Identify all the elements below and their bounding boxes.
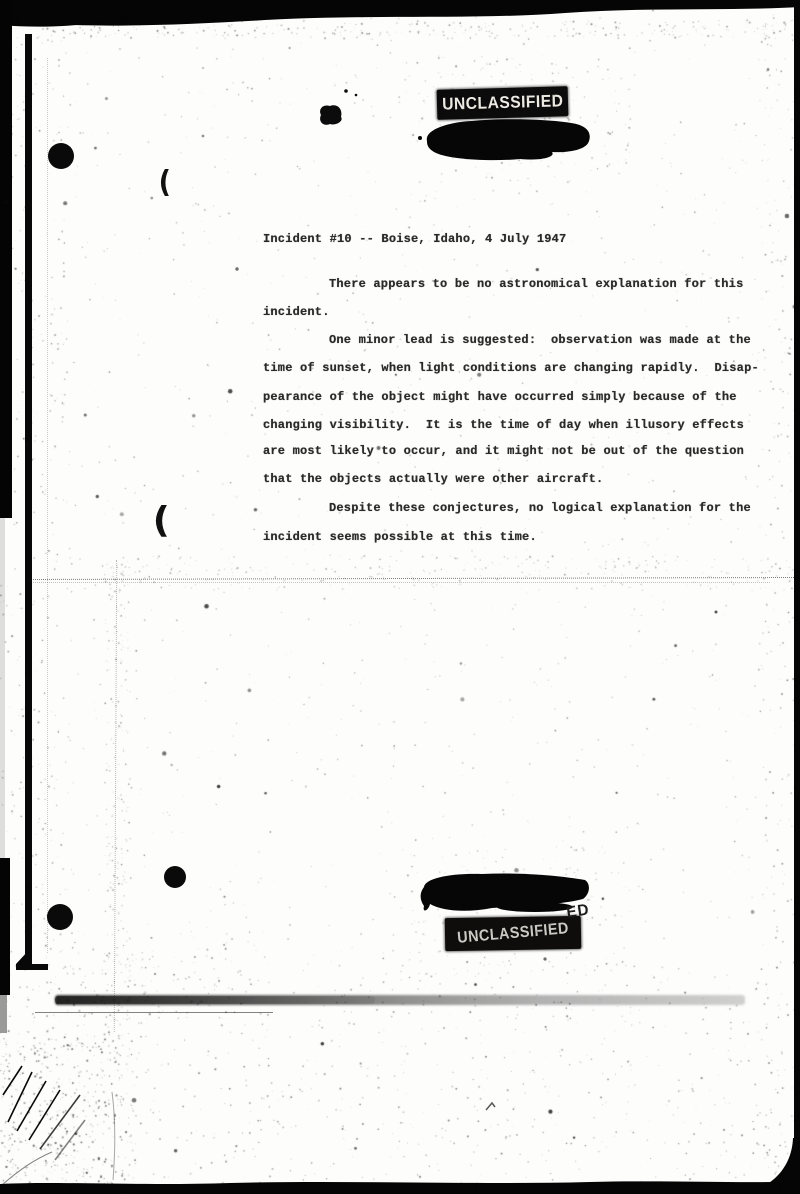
stray-mark — [486, 1103, 495, 1110]
right-edge-artifact — [794, 0, 800, 1188]
fold-line-horizontal-faint — [30, 582, 770, 583]
ink-fleck — [344, 89, 348, 93]
typed-line: incident. — [263, 306, 330, 318]
hole-punch-small — [164, 866, 186, 888]
paren-mark-top: ( — [159, 168, 171, 198]
typed-line: that the objects actually were other air… — [263, 473, 603, 485]
left-edge-fade — [0, 995, 7, 1033]
hole-punch-top — [48, 143, 74, 169]
stray-dot-1 — [715, 611, 718, 614]
redaction-speck — [418, 136, 422, 140]
redaction-bar-top — [427, 119, 590, 160]
typed-line: incident seems possible at this time. — [263, 531, 537, 543]
smudge-hairline — [35, 1012, 273, 1013]
left-edge-artifact-faint — [0, 518, 5, 858]
stray-dot-3 — [235, 267, 238, 270]
document-heading: Incident #10 -- Boise, Idaho, 4 July 194… — [263, 233, 566, 245]
scanned-document-page: UNCLASSIFIED UNCLASSIFIED ED ( ( Inciden… — [0, 0, 800, 1194]
unclassified-stamp-top: UNCLASSIFIED — [437, 86, 569, 120]
hole-punch-bottom — [47, 904, 73, 930]
typed-line: are most likely to occur, and it might n… — [263, 445, 744, 457]
stamp-bottom-label: UNCLASSIFIED — [457, 920, 570, 948]
left-edge-artifact-lower — [0, 858, 10, 995]
typed-line: One minor lead is suggested: observation… — [263, 334, 751, 346]
typed-line: changing visibility. It is the time of d… — [263, 419, 744, 431]
stray-dot-2 — [543, 957, 546, 960]
ink-blot — [320, 105, 342, 125]
corner-scratches — [2, 1066, 115, 1185]
binder-line-foot — [16, 964, 48, 970]
typed-line: There appears to be no astronomical expl… — [263, 278, 743, 290]
ink-fleck-2 — [355, 94, 358, 97]
bottom-edge-artifact — [0, 1181, 800, 1194]
typed-line: Despite these conjectures, no logical ex… — [263, 502, 751, 514]
typed-line: time of sunset, when light conditions ar… — [263, 362, 759, 374]
stamp-top-label: UNCLASSIFIED — [442, 91, 564, 114]
left-edge-artifact — [0, 0, 12, 518]
unclassified-stamp-bottom: UNCLASSIFIED — [445, 916, 582, 951]
typed-line: pearance of the object might have occurr… — [263, 391, 737, 403]
stamp-bottom-overflow-text: ED — [565, 901, 590, 922]
smudge-band — [55, 995, 745, 1005]
fold-line-vertical-faint — [47, 58, 48, 953]
scan-artifacts-layer — [0, 0, 800, 1194]
binder-line — [25, 34, 32, 966]
redaction-smear — [497, 902, 573, 912]
paren-mark-mid: ( — [153, 503, 170, 539]
